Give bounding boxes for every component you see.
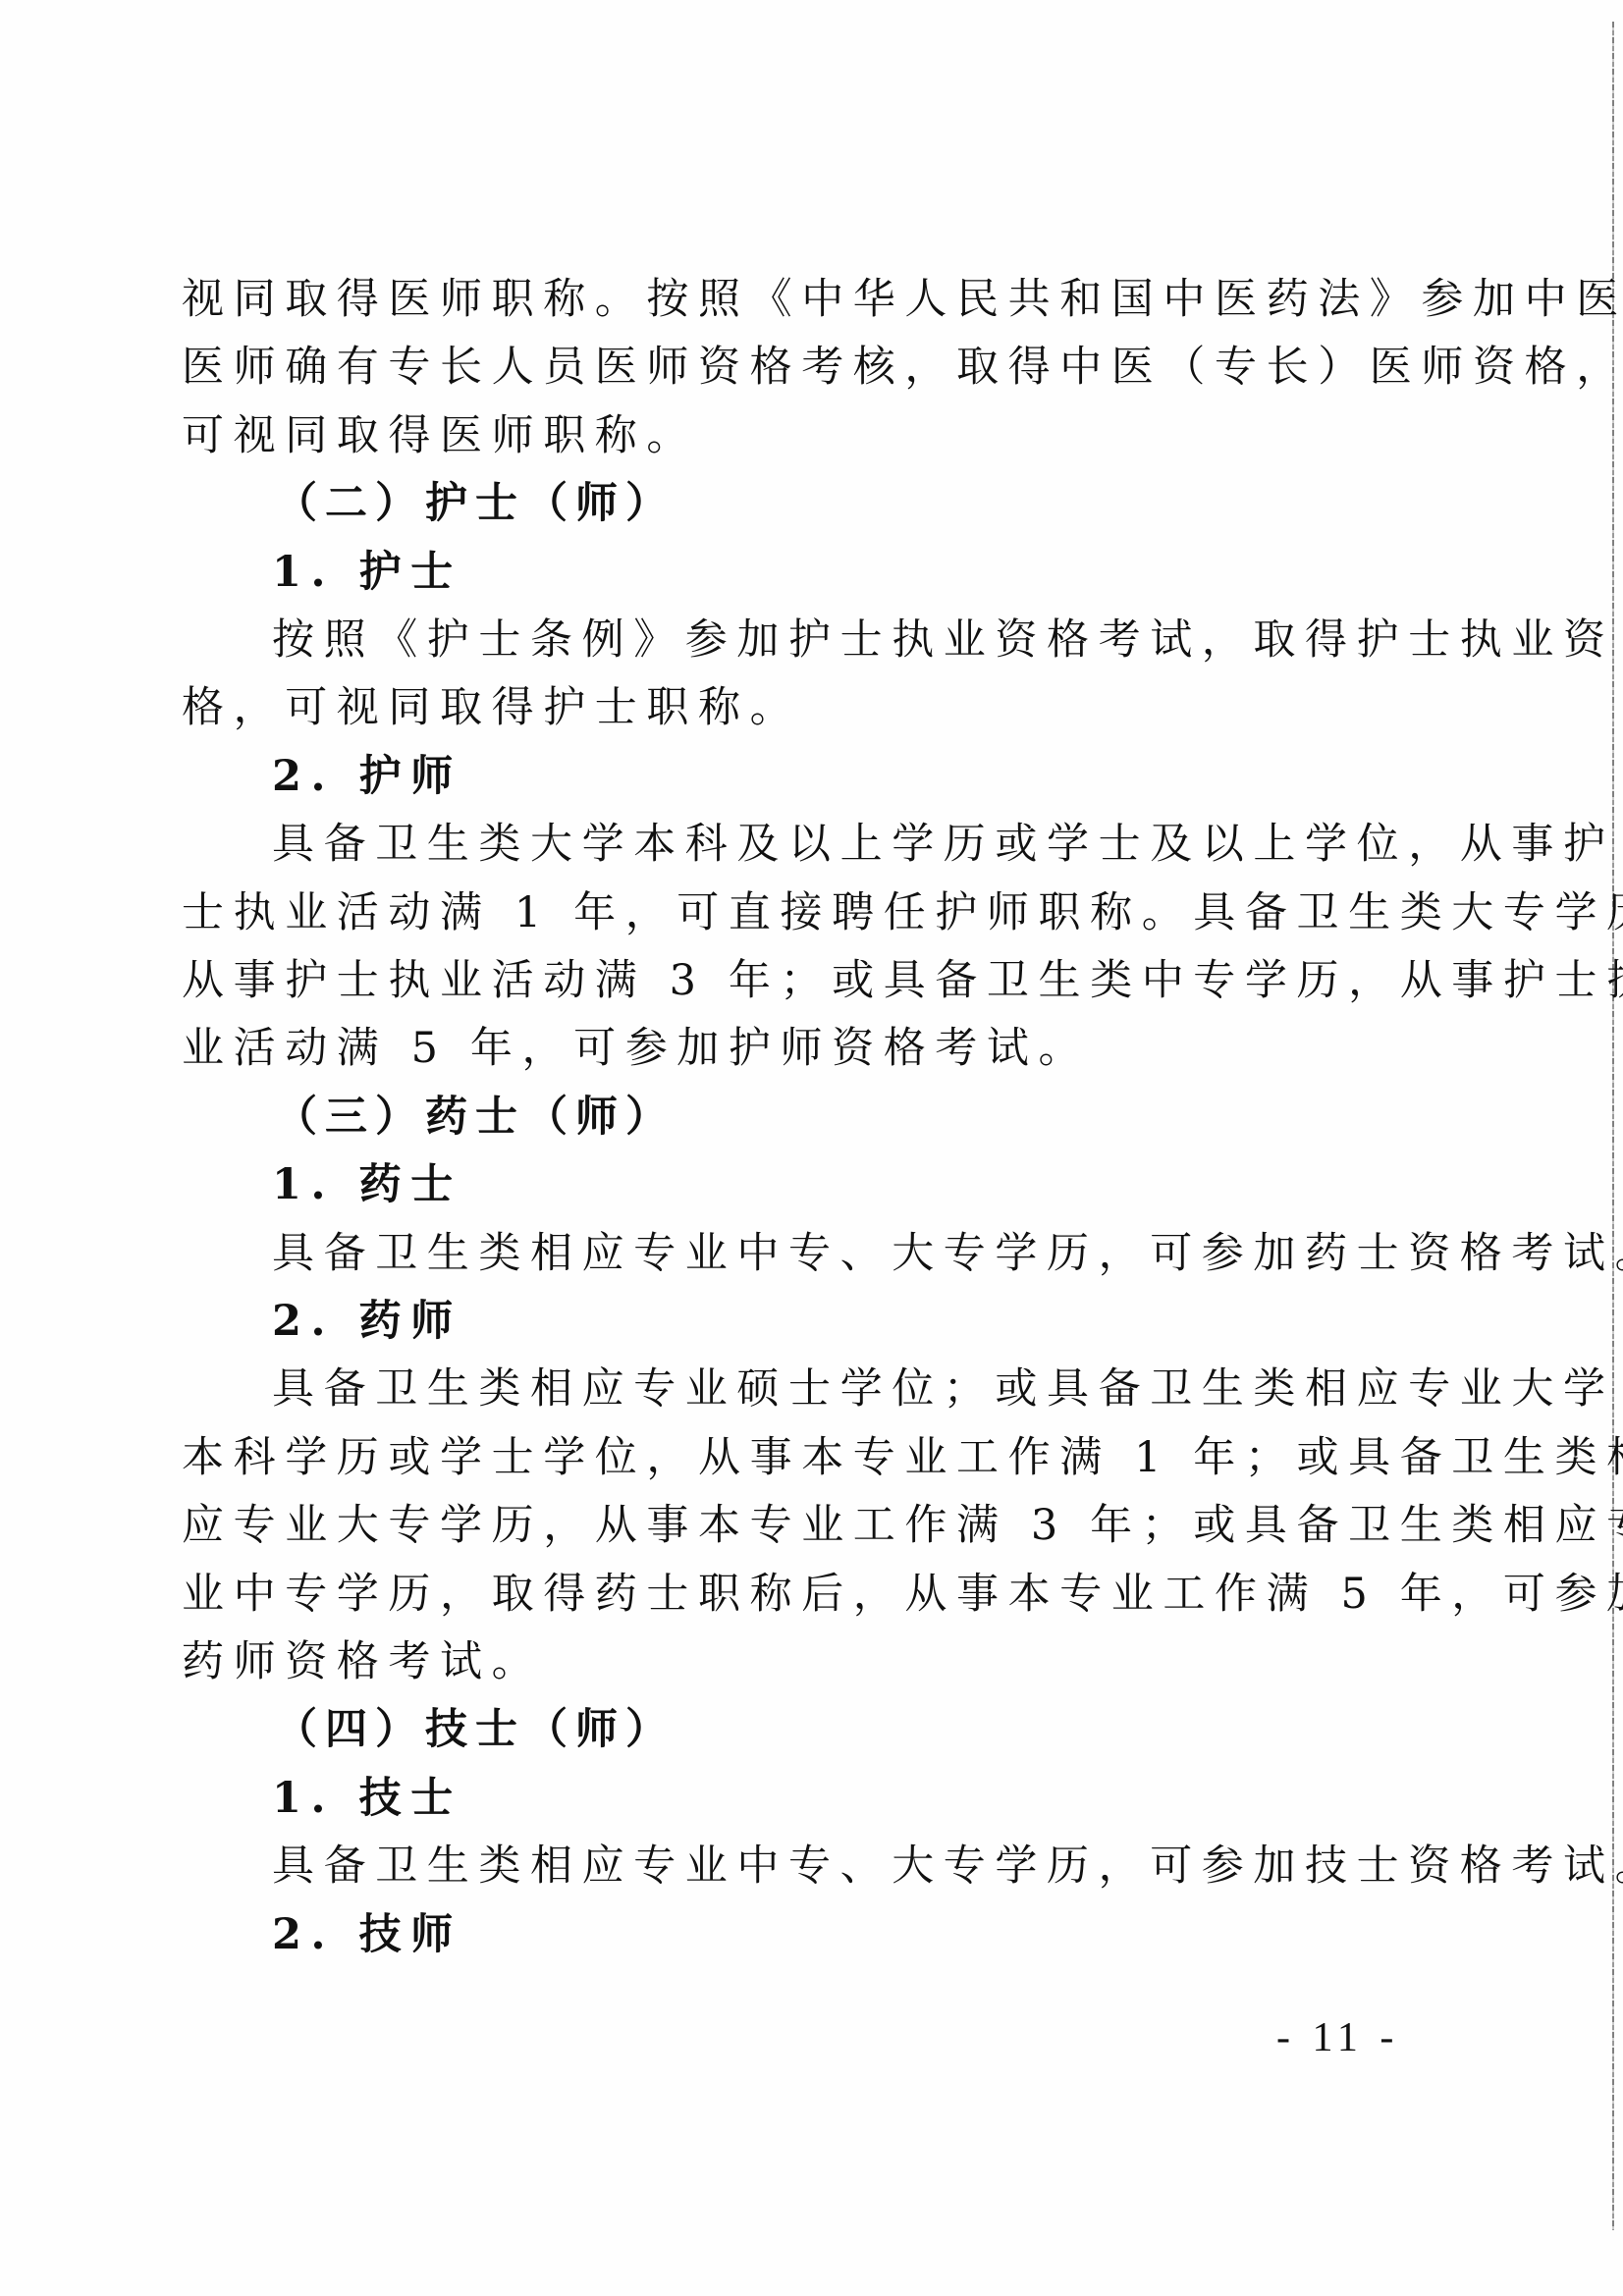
subheading-technician: 1. 技士 [272,1764,462,1833]
text-line: 医师确有专长人员医师资格考核，取得中医（专长）医师资格， [182,333,1623,401]
subheading-pharmacist: 2. 药师 [272,1287,462,1356]
text-line: 本科学历或学士学位，从事本专业工作满 1 年；或具备卫生类相 [182,1423,1623,1492]
text-line: 具备卫生类相应专业中专、大专学历，可参加技士资格考试。 [272,1832,1623,1900]
document-page: 视同取得医师职称。按照《中华人民共和国中医药法》参加中医 医师确有专长人员医师资… [0,0,1623,2296]
text-line: 视同取得医师职称。按照《中华人民共和国中医药法》参加中医 [182,265,1623,334]
subheading-nurse-practitioner: 2. 护师 [272,742,462,811]
page-number: - 11 - [1276,2014,1399,2061]
section-heading-pharmacist: （三）药士（师） [275,1083,676,1151]
text-line: 业活动满 5 年，可参加护师资格考试。 [182,1014,1090,1083]
text-line: 按照《护士条例》参加护士执业资格考试，取得护士执业资 [272,606,1615,674]
text-line: 具备卫生类相应专业中专、大专学历，可参加药士资格考试。 [272,1219,1623,1288]
text-line: 应专业大专学历，从事本专业工作满 3 年；或具备卫生类相应专 [182,1491,1623,1560]
text-line: 从事护士执业活动满 3 年；或具备卫生类中专学历，从事护士执 [182,946,1623,1015]
subheading-nurse: 1. 护士 [272,538,462,607]
text-line: 具备卫生类大学本科及以上学历或学士及以上学位，从事护 [272,810,1615,879]
text-line: 可视同取得医师职称。 [182,401,698,470]
text-line: 业中专学历，取得药士职称后，从事本专业工作满 5 年，可参加 [182,1560,1623,1629]
text-line: 士执业活动满 1 年，可直接聘任护师职称。具备卫生类大专学历， [182,879,1623,947]
subheading-assistant-pharmacist: 1. 药士 [272,1150,462,1219]
section-heading-technician: （四）技士（师） [275,1695,676,1764]
text-line: 药师资格考试。 [182,1628,543,1696]
section-heading-nurse: （二）护士（师） [275,469,676,538]
text-line: 格，可视同取得护士职称。 [182,673,801,742]
subheading-senior-technician: 2. 技师 [272,1900,462,1969]
text-line: 具备卫生类相应专业硕士学位；或具备卫生类相应专业大学 [272,1355,1615,1423]
